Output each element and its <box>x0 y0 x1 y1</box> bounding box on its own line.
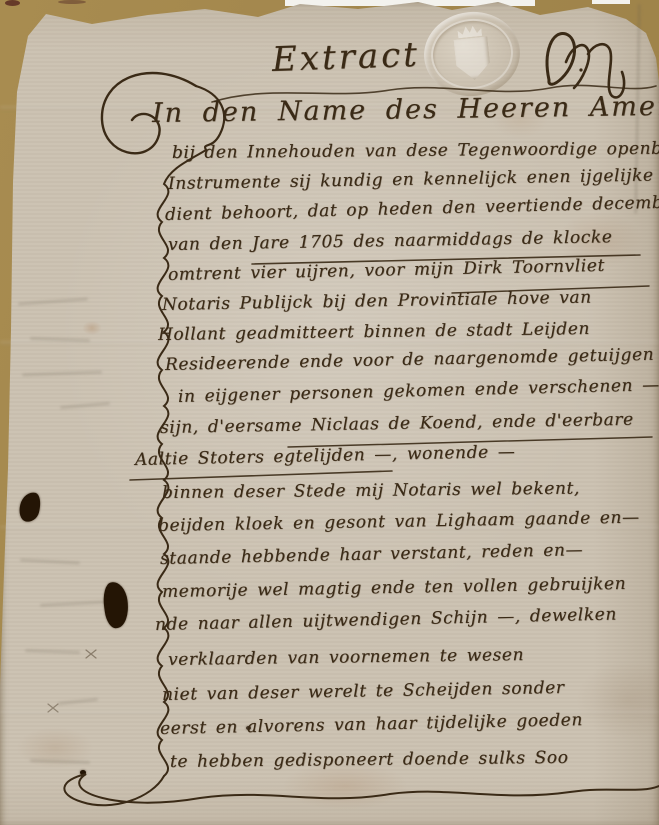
edge-speck <box>58 0 86 4</box>
manuscript-line: bij den Innehouden van dese Tegenwoordig… <box>172 138 659 163</box>
photo-of-manuscript: Extract In den Name des Heeren Amen bij … <box>0 0 659 825</box>
scanner-background-sliver <box>592 0 630 4</box>
edge-speck <box>5 0 20 6</box>
document-title: Extract <box>271 35 420 80</box>
manuscript-line: te hebben gedisponeert doende sulks Soo <box>170 748 569 772</box>
ink-blot <box>80 770 86 775</box>
